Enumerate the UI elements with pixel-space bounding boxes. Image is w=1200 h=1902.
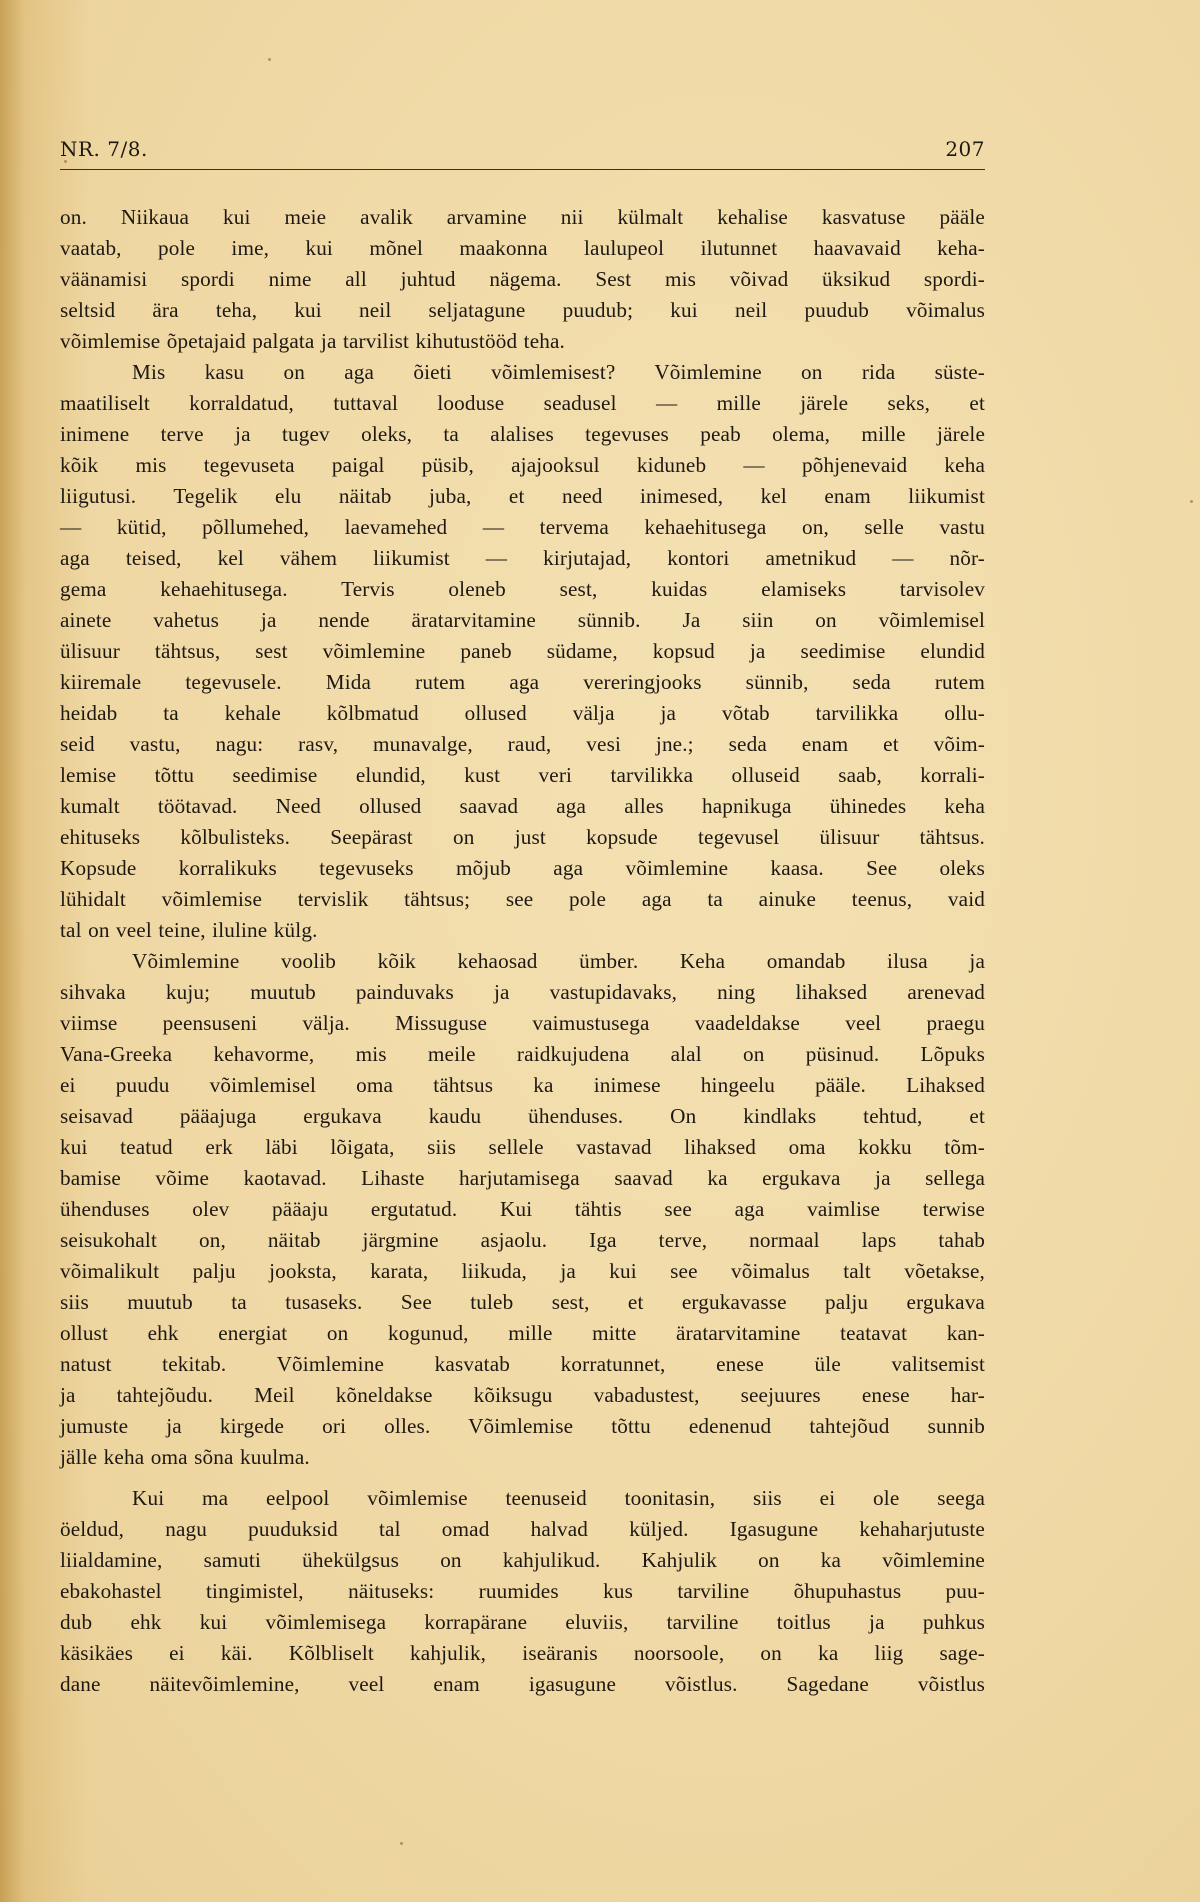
paragraph: Võimlemine voolib kõik kehaosad ümber. K… bbox=[60, 946, 985, 1473]
text-line: vaatab, pole ime, kui mõnel maakonna lau… bbox=[60, 233, 985, 264]
scanned-page: NR. 7/8. 207 on. Niikaua kui meie avalik… bbox=[60, 0, 990, 1902]
page-number: 207 bbox=[945, 137, 985, 161]
paragraph: on. Niikaua kui meie avalik arvamine nii… bbox=[60, 202, 985, 357]
issue-number: NR. 7/8. bbox=[60, 137, 148, 161]
body-text: on. Niikaua kui meie avalik arvamine nii… bbox=[60, 202, 985, 1700]
paper-speck bbox=[1190, 500, 1193, 503]
text-line: inimene terve ja tugev oleks, ta alalise… bbox=[60, 419, 985, 450]
text-line: seisukohalt on, näitab järgmine asjaolu.… bbox=[60, 1225, 985, 1256]
text-line: Mis kasu on aga õieti võimlemisest? Võim… bbox=[60, 357, 985, 388]
text-line: Vana-Greeka kehavorme, mis meile raidkuj… bbox=[60, 1039, 985, 1070]
paragraph-gap bbox=[60, 1473, 985, 1483]
text-line: liigutusi. Tegelik elu näitab juba, et n… bbox=[60, 481, 985, 512]
text-line: Kui ma eelpool võimlemise teenuseid toon… bbox=[60, 1483, 985, 1514]
text-line: seid vastu, nagu: rasv, munavalge, raud,… bbox=[60, 729, 985, 760]
text-line: võimlemise õpetajaid palgata ja tarvilis… bbox=[60, 326, 985, 357]
text-line: — kütid, põllumehed, laevamehed — tervem… bbox=[60, 512, 985, 543]
paragraph: Mis kasu on aga õieti võimlemisest? Võim… bbox=[60, 357, 985, 946]
text-line: seisavad pääajuga ergukava kaudu ühendus… bbox=[60, 1101, 985, 1132]
text-line: käsikäes ei käi. Kõlbliselt kahjulik, is… bbox=[60, 1638, 985, 1669]
text-line: ja tahtejõudu. Meil kõneldakse kõiksugu … bbox=[60, 1380, 985, 1411]
text-line: liialdamine, samuti ühekülgsus on kahjul… bbox=[60, 1545, 985, 1576]
text-line: dane näitevõimlemine, veel enam igasugun… bbox=[60, 1669, 985, 1700]
text-line: bamise võime kaotavad. Lihaste harjutami… bbox=[60, 1163, 985, 1194]
text-line: tal on veel teine, iluline külg. bbox=[60, 915, 985, 946]
text-line: Kopsude korralikuks tegevuseks mõjub aga… bbox=[60, 853, 985, 884]
text-line: öeldud, nagu puuduksid tal omad halvad k… bbox=[60, 1514, 985, 1545]
text-line: siis muutub ta tusaseks. See tuleb sest,… bbox=[60, 1287, 985, 1318]
running-head: NR. 7/8. 207 bbox=[60, 137, 985, 167]
text-line: ainete vahetus ja nende äratarvitamine s… bbox=[60, 605, 985, 636]
text-line: ebakohastel tingimistel, näituseks: ruum… bbox=[60, 1576, 985, 1607]
text-line: jumuste ja kirgede ori olles. Võimlemise… bbox=[60, 1411, 985, 1442]
text-line: Võimlemine voolib kõik kehaosad ümber. K… bbox=[60, 946, 985, 977]
text-line: maatiliselt korraldatud, tuttaval loodus… bbox=[60, 388, 985, 419]
text-line: dub ehk kui võimlemisega korrapärane elu… bbox=[60, 1607, 985, 1638]
text-line: gema kehaehitusega. Tervis oleneb sest, … bbox=[60, 574, 985, 605]
text-line: ühenduses olev pääaju ergutatud. Kui täh… bbox=[60, 1194, 985, 1225]
text-line: lühidalt võimlemise tervislik tähtsus; s… bbox=[60, 884, 985, 915]
text-line: kiiremale tegevusele. Mida rutem aga ver… bbox=[60, 667, 985, 698]
text-line: kumalt töötavad. Need ollused saavad aga… bbox=[60, 791, 985, 822]
text-line: heidab ta kehale kõlbmatud ollused välja… bbox=[60, 698, 985, 729]
paragraph: Kui ma eelpool võimlemise teenuseid toon… bbox=[60, 1483, 985, 1700]
header-rule bbox=[60, 169, 985, 170]
text-line: ei puudu võimlemisel oma tähtsus ka inim… bbox=[60, 1070, 985, 1101]
text-line: lemise tõttu seedimise elundid, kust ver… bbox=[60, 760, 985, 791]
text-line: natust tekitab. Võimlemine kasvatab korr… bbox=[60, 1349, 985, 1380]
text-line: ülisuur tähtsus, sest võimlemine paneb s… bbox=[60, 636, 985, 667]
text-line: jälle keha oma sõna kuulma. bbox=[60, 1442, 985, 1473]
text-line: võimalikult palju jooksta, karata, liiku… bbox=[60, 1256, 985, 1287]
text-line: on. Niikaua kui meie avalik arvamine nii… bbox=[60, 202, 985, 233]
text-line: väänamisi spordi nime all juhtud nägema.… bbox=[60, 264, 985, 295]
paper-speck bbox=[400, 1842, 403, 1845]
paper-speck bbox=[268, 58, 271, 61]
text-line: viimse peensuseni välja. Missuguse vaimu… bbox=[60, 1008, 985, 1039]
text-line: ollust ehk energiat on kogunud, mille mi… bbox=[60, 1318, 985, 1349]
text-line: kõik mis tegevuseta paigal püsib, ajajoo… bbox=[60, 450, 985, 481]
text-line: seltsid ära teha, kui neil seljatagune p… bbox=[60, 295, 985, 326]
text-line: aga teised, kel vähem liikumist — kirjut… bbox=[60, 543, 985, 574]
text-line: kui teatud erk läbi lõigata, siis sellel… bbox=[60, 1132, 985, 1163]
text-line: sihvaka kuju; muutub painduvaks ja vastu… bbox=[60, 977, 985, 1008]
paper-speck bbox=[64, 160, 67, 163]
text-line: ehituseks kõlbulisteks. Seepärast on jus… bbox=[60, 822, 985, 853]
